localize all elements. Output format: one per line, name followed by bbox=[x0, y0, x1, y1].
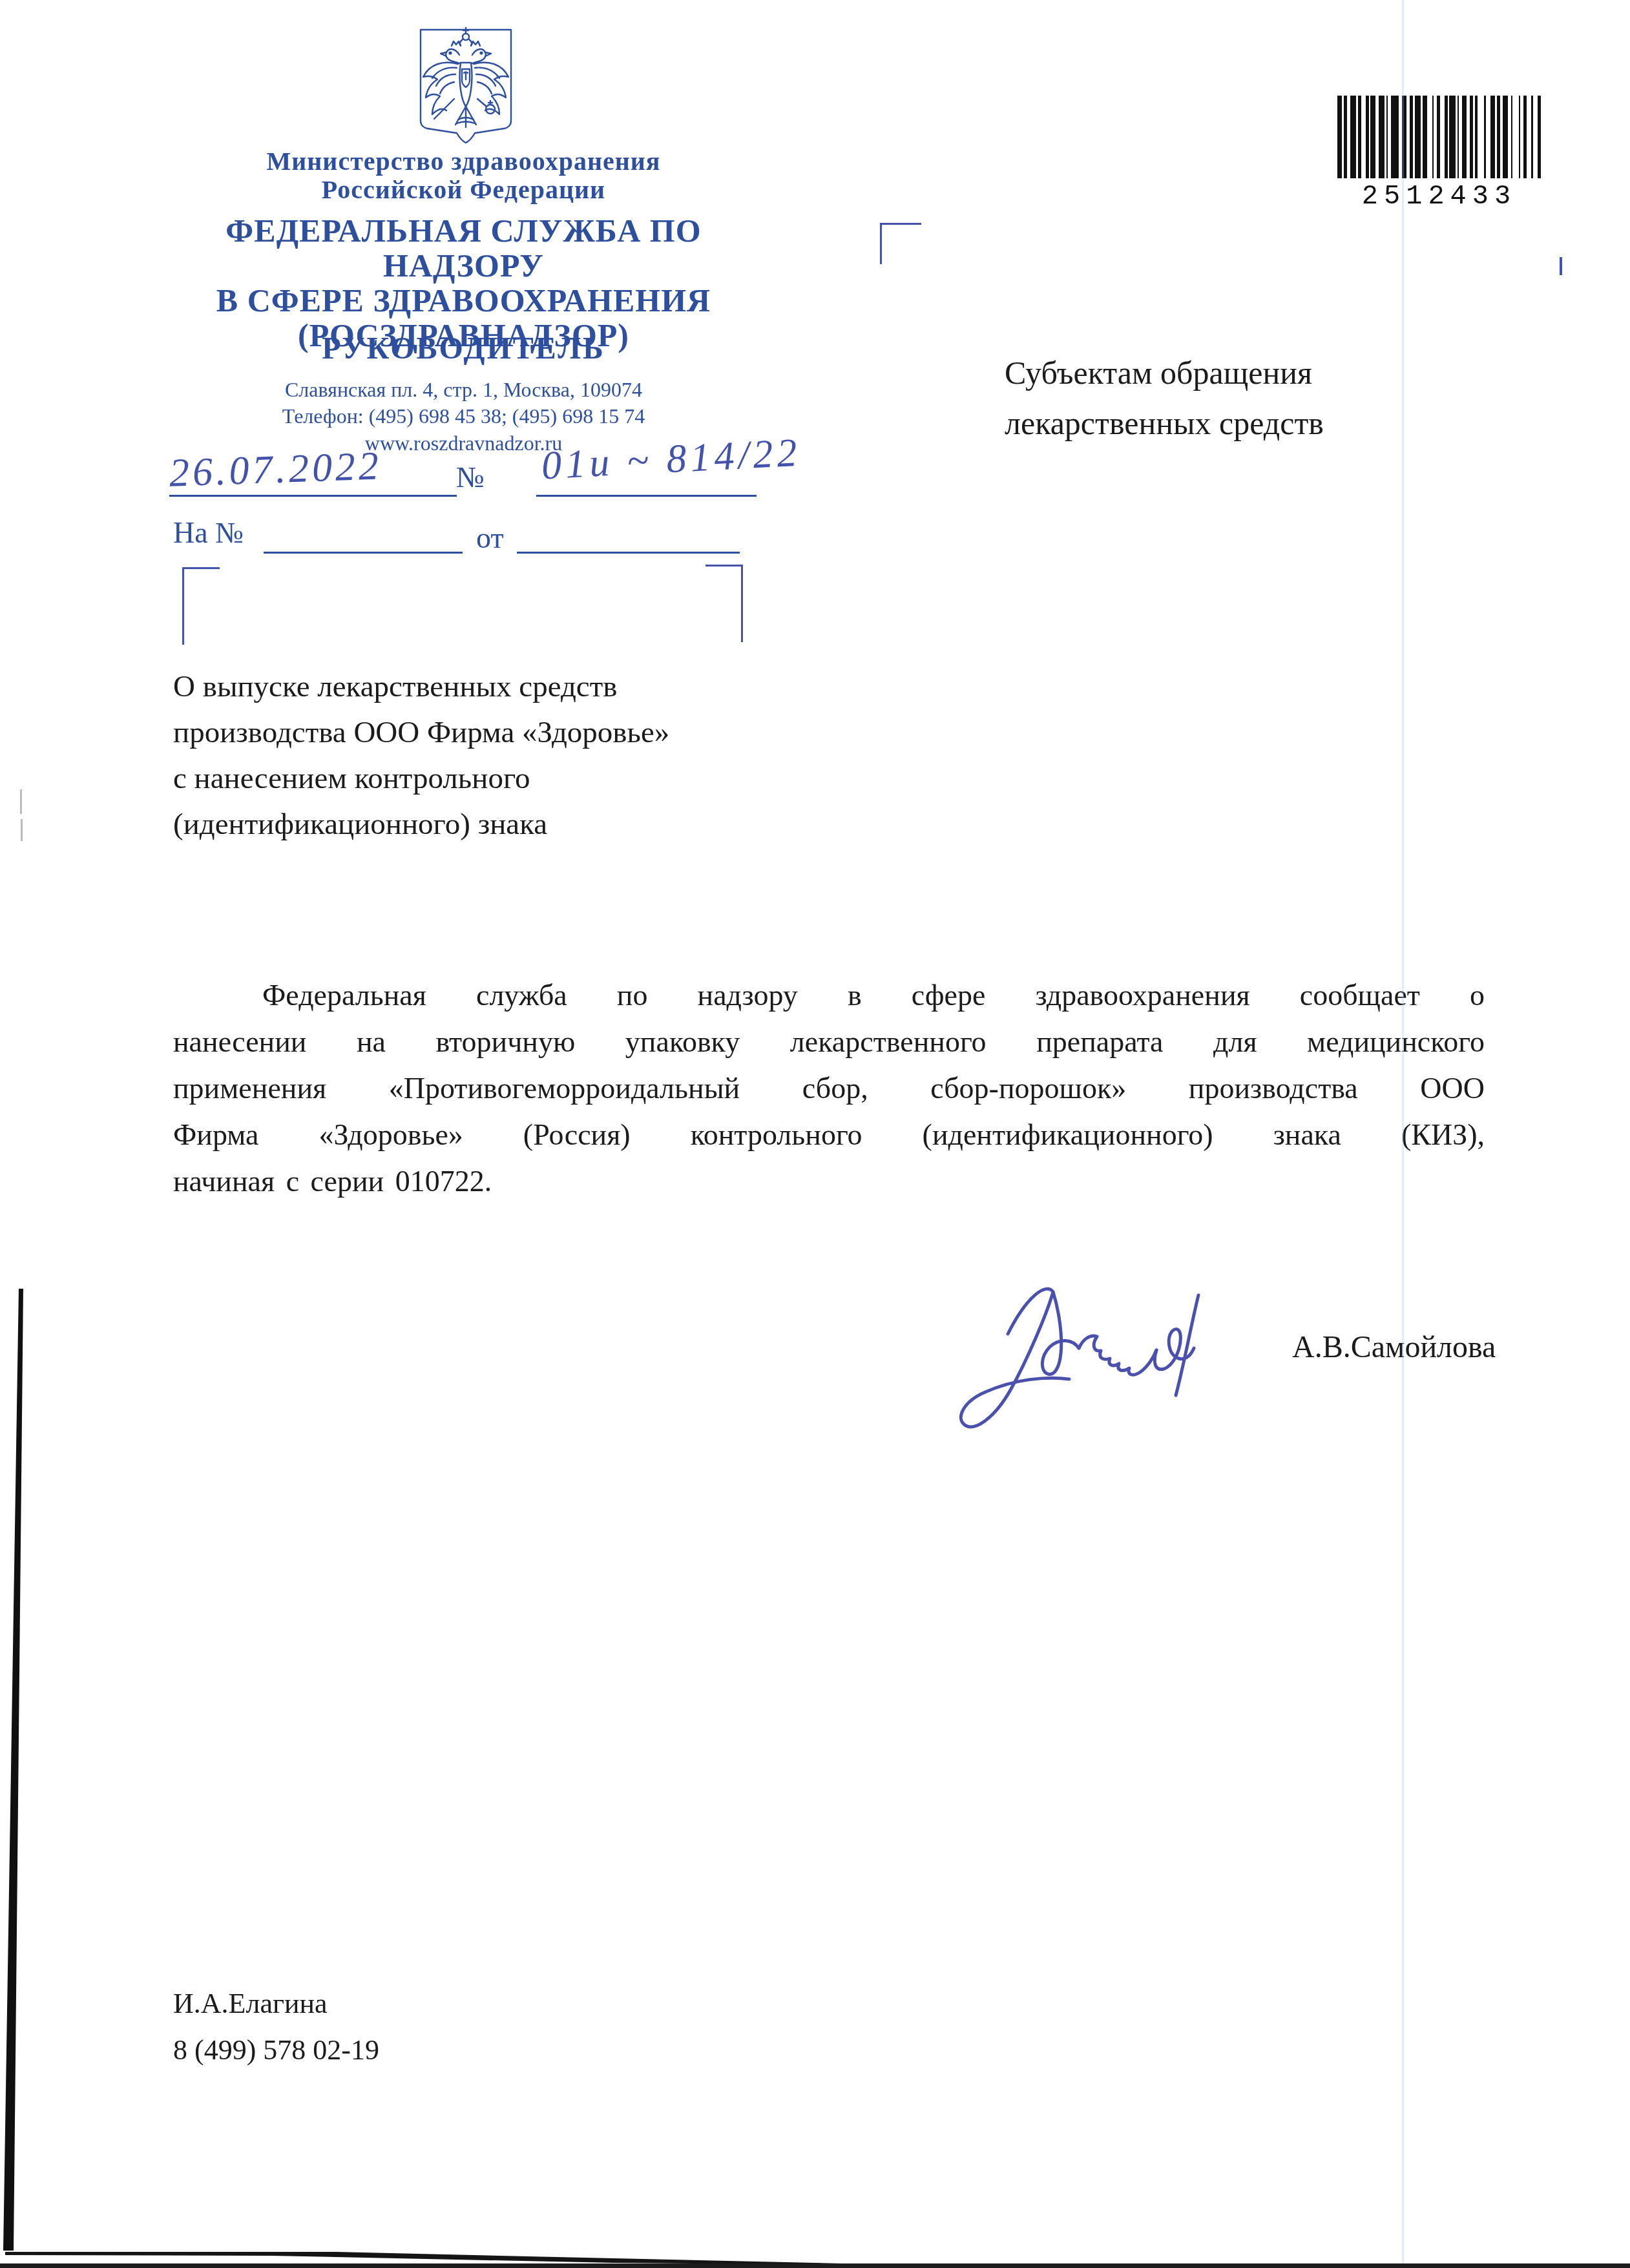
scan-artifacts bbox=[0, 0, 1630, 2268]
document-page: Министерство здравоохранения Российской … bbox=[0, 0, 1630, 2268]
